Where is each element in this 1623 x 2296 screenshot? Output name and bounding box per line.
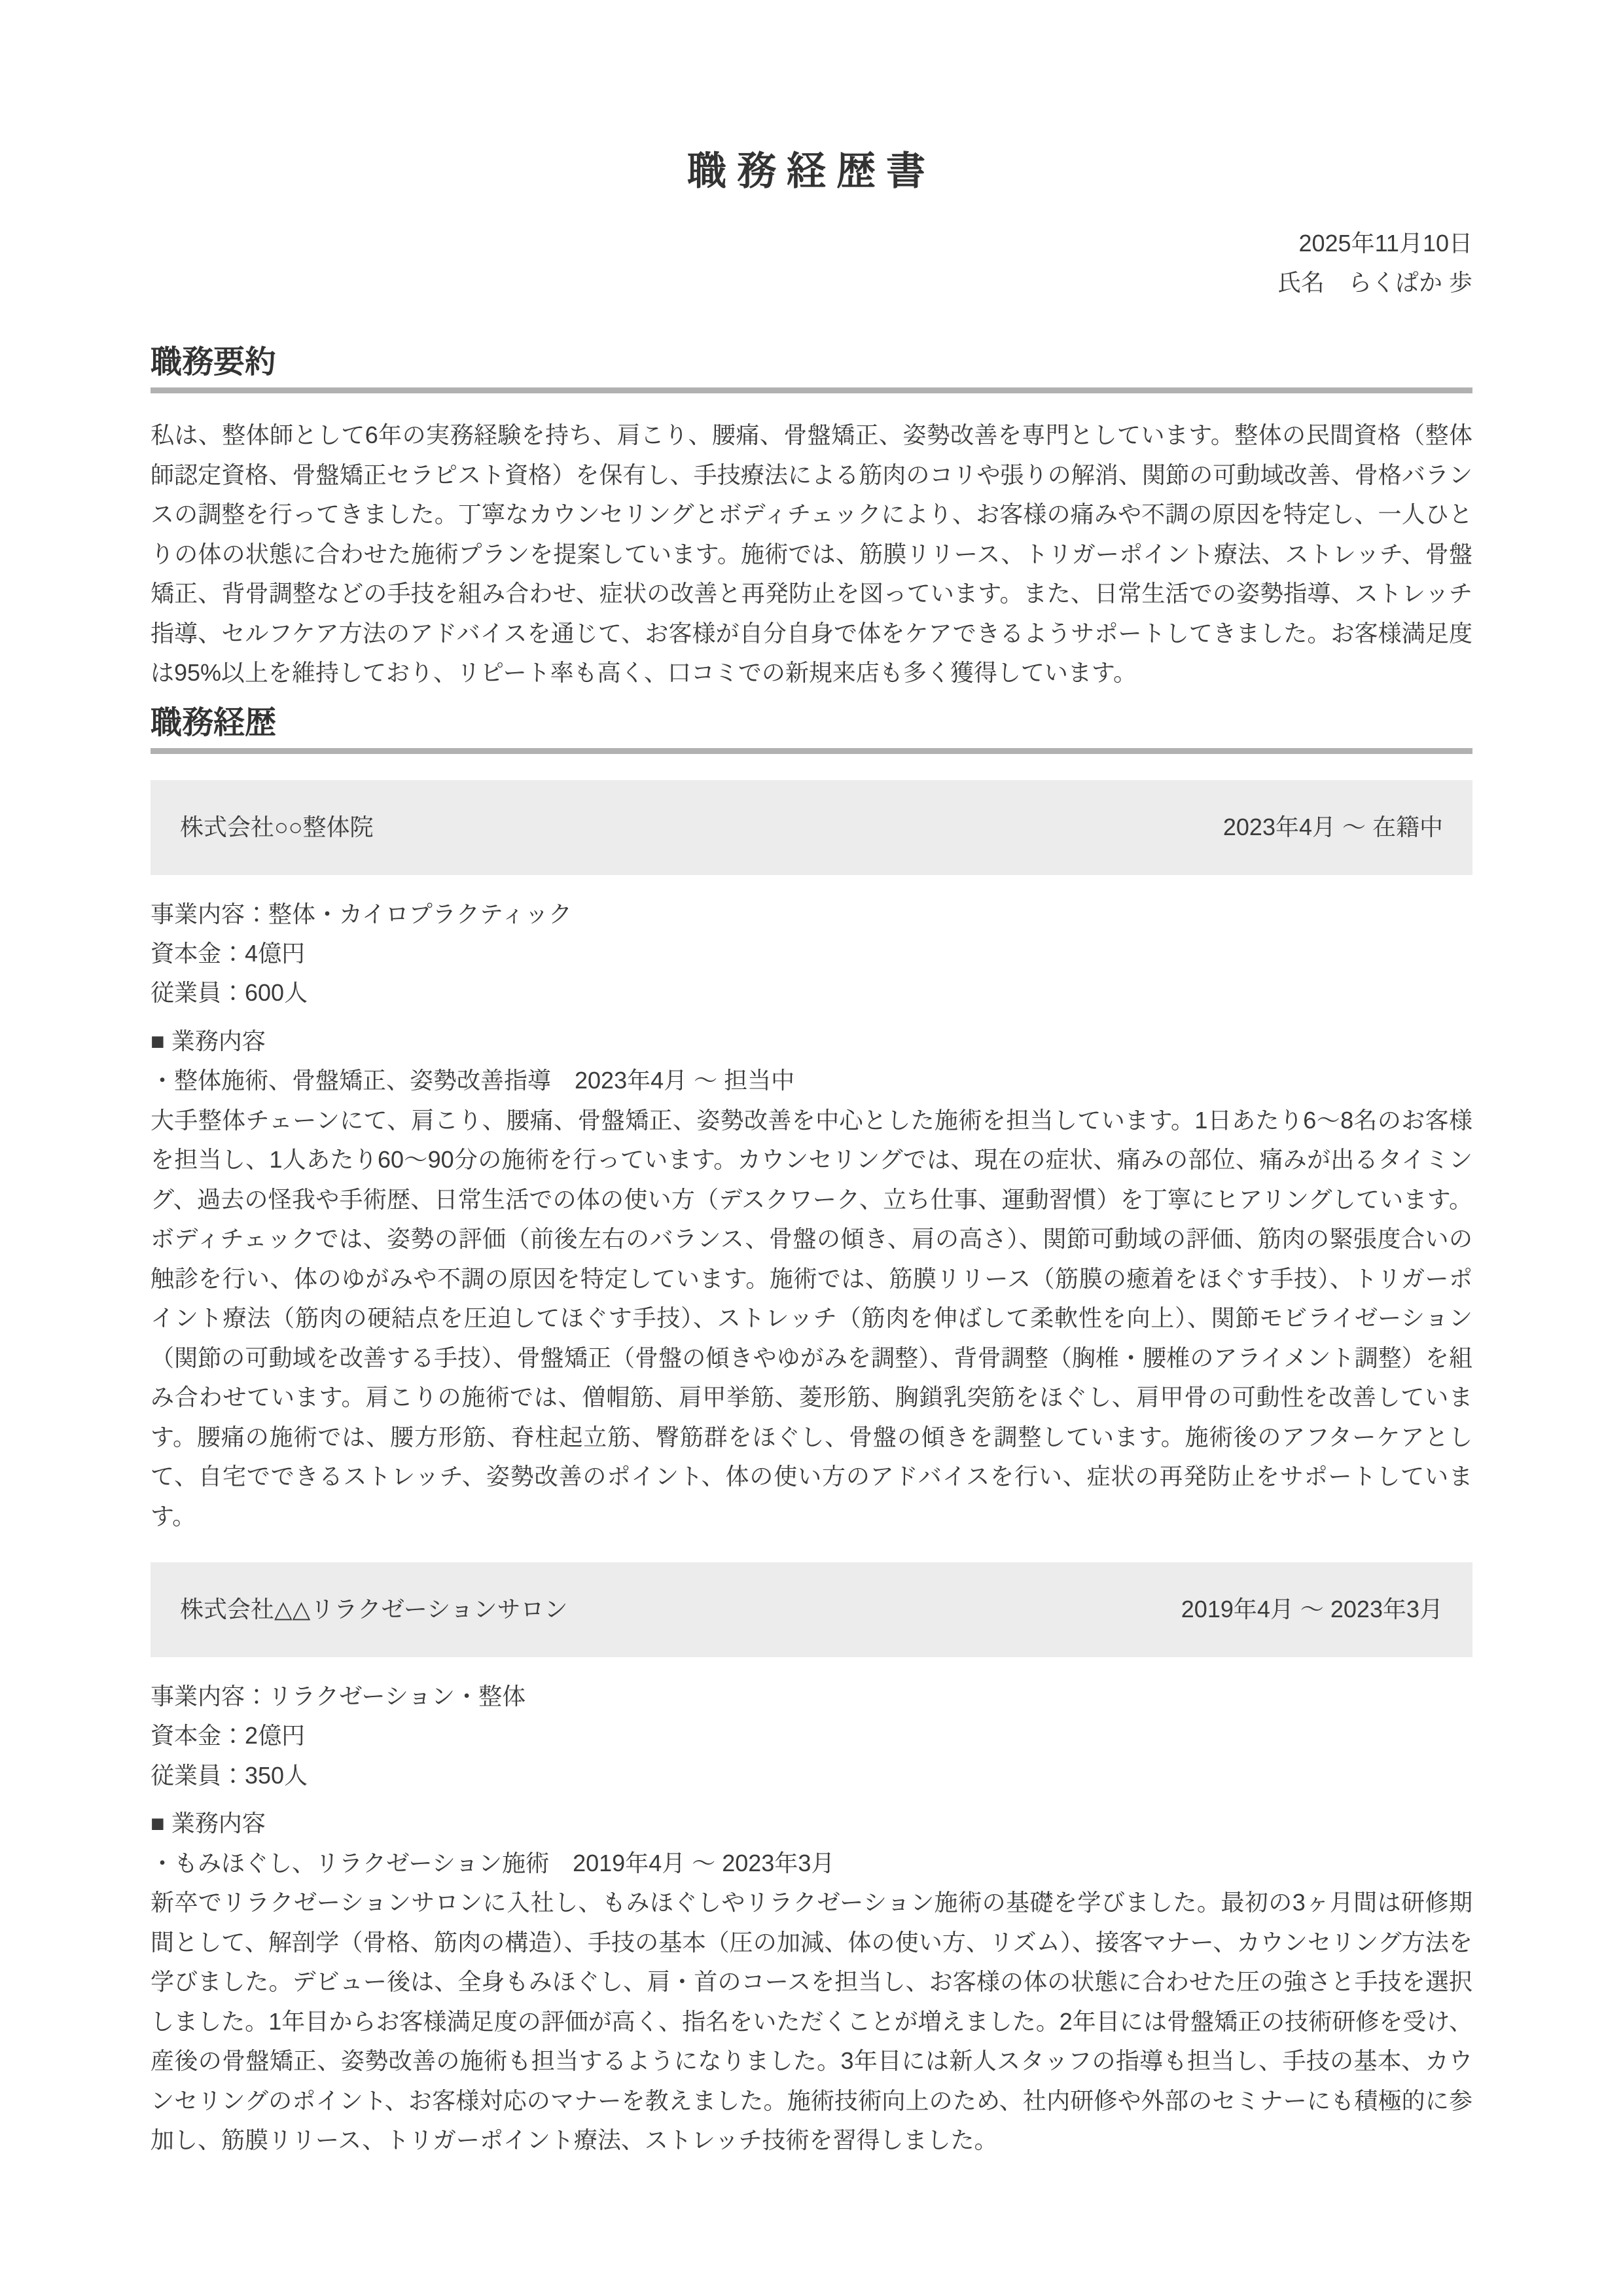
company-employees: 従業員：600人 [151,973,1472,1013]
duties-heading: ■ 業務内容 [151,1022,1472,1061]
resume-page: 職務経歴書 2025年11月10日 氏名 らくぱか 歩 職務要約 私は、整体師と… [0,0,1623,2296]
company-block-1: 株式会社○○整体院 2023年4月 ～ 在籍中 事業内容：整体・カイロプラクティ… [151,780,1472,1537]
header-meta: 2025年11月10日 氏名 らくぱか 歩 [151,224,1472,302]
summary-text: 私は、整体師として6年の実務経験を持ち、肩こり、腰痛、骨盤矯正、姿勢改善を専門と… [151,416,1472,692]
company-header: 株式会社○○整体院 2023年4月 ～ 在籍中 [151,780,1472,875]
duty-role-line: ・整体施術、骨盤矯正、姿勢改善指導 2023年4月 ～ 担当中 [151,1061,1472,1100]
duty-description: 大手整体チェーンにて、肩こり、腰痛、骨盤矯正、姿勢改善を中心とした施術を担当して… [151,1101,1472,1536]
company-block-2: 株式会社△△リラクゼーションサロン 2019年4月 ～ 2023年3月 事業内容… [151,1562,1472,2161]
duty-role-line: ・もみほぐし、リラクゼーション施術 2019年4月 ～ 2023年3月 [151,1844,1472,1883]
company-period: 2023年4月 ～ 在籍中 [1223,808,1443,847]
section-divider [151,748,1472,754]
company-capital: 資本金：4億円 [151,934,1472,973]
company-employees: 従業員：350人 [151,1756,1472,1795]
company-duties: ■ 業務内容 ・もみほぐし、リラクゼーション施術 2019年4月 ～ 2023年… [151,1804,1472,2160]
company-name: 株式会社○○整体院 [180,808,374,847]
company-duties: ■ 業務内容 ・整体施術、骨盤矯正、姿勢改善指導 2023年4月 ～ 担当中 大… [151,1022,1472,1536]
company-name: 株式会社△△リラクゼーションサロン [180,1590,568,1629]
document-title: 職務経歴書 [151,152,1472,191]
company-header: 株式会社△△リラクゼーションサロン 2019年4月 ～ 2023年3月 [151,1562,1472,1657]
company-business: 事業内容：整体・カイロプラクティック [151,895,1472,934]
history-section: 職務経歴 株式会社○○整体院 2023年4月 ～ 在籍中 事業内容：整体・カイロ… [151,704,1472,2161]
duties-heading: ■ 業務内容 [151,1804,1472,1843]
summary-heading: 職務要約 [151,343,1472,382]
duty-description: 新卒でリラクゼーションサロンに入社し、もみほぐしやリラクゼーション施術の基礎を学… [151,1883,1472,2160]
company-business: 事業内容：リラクゼーション・整体 [151,1677,1472,1716]
company-details: 事業内容：リラクゼーション・整体 資本金：2億円 従業員：350人 [151,1677,1472,1795]
section-divider [151,387,1472,393]
company-details: 事業内容：整体・カイロプラクティック 資本金：4億円 従業員：600人 [151,895,1472,1013]
history-heading: 職務経歴 [151,704,1472,743]
company-capital: 資本金：2億円 [151,1716,1472,1755]
summary-section: 職務要約 私は、整体師として6年の実務経験を持ち、肩こり、腰痛、骨盤矯正、姿勢改… [151,343,1472,692]
company-period: 2019年4月 ～ 2023年3月 [1181,1590,1443,1629]
applicant-name: 氏名 らくぱか 歩 [151,263,1472,302]
document-date: 2025年11月10日 [151,224,1472,263]
